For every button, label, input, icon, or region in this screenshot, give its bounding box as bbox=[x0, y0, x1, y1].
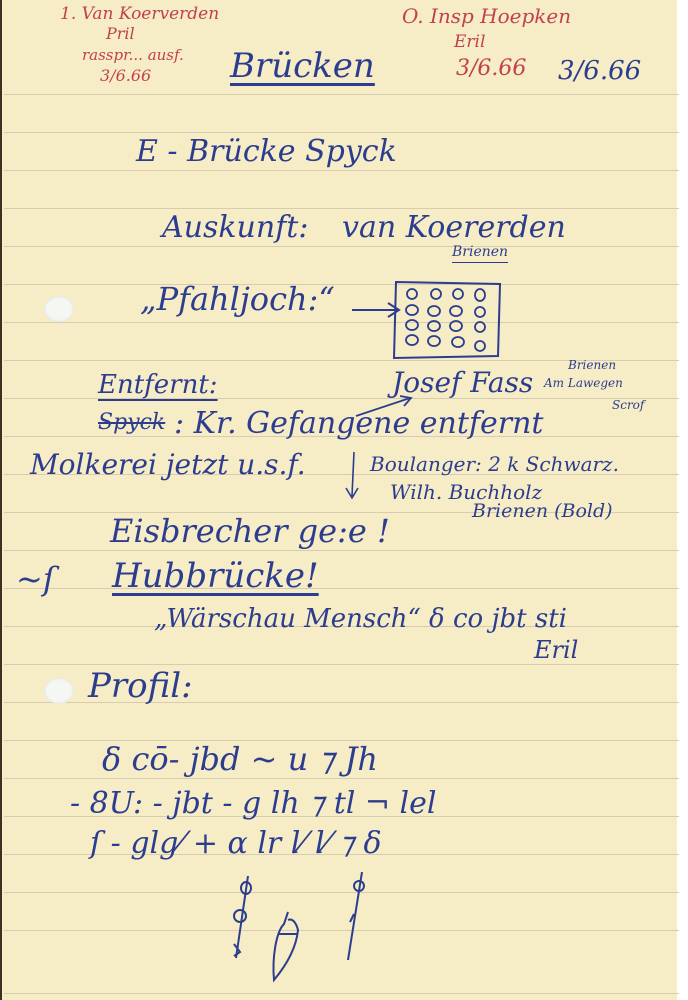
red-note-left-line3: rasspr... ausf. bbox=[82, 46, 184, 64]
paper-sheet: 1. Van Koerverden Pril rasspr... ausf. 3… bbox=[0, 0, 677, 1000]
ruled-line bbox=[4, 284, 679, 285]
red-note-right-date: 3/6.66 bbox=[456, 56, 526, 81]
boulanger-line: Boulanger: 2 k Schwarz. bbox=[370, 452, 619, 476]
eisbrecher-line: Eisbrecher ge:e ! bbox=[110, 512, 390, 550]
josef-note-3: Scrof bbox=[612, 398, 644, 412]
josef-note-1: Brienen bbox=[568, 358, 616, 372]
red-note-left-date: 3/6.66 bbox=[100, 66, 151, 85]
shorthand-line-1: δ cō- jbd ~ u ⁊ Jh bbox=[102, 740, 378, 778]
auskunft-sub: Brienen bbox=[452, 244, 508, 260]
red-note-left-line2: Pril bbox=[106, 24, 135, 43]
ruled-line bbox=[4, 132, 679, 133]
brienen-bold-line: Brienen (Bold) bbox=[472, 500, 613, 522]
struck-word: Spyck bbox=[98, 410, 165, 435]
ruled-line bbox=[4, 170, 679, 171]
red-note-left-line1: 1. Van Koerverden bbox=[60, 4, 219, 24]
ruled-line bbox=[4, 94, 679, 95]
josef-note-2: Am Lawegen bbox=[544, 376, 623, 390]
auskunft-label: Auskunft: bbox=[162, 210, 308, 245]
profil-label: Profil: bbox=[88, 666, 193, 706]
ruled-line bbox=[4, 322, 679, 323]
shorthand-line-2: - 8U: - jbt - g lh ⁊ tl ¬ lel bbox=[70, 786, 437, 821]
eril-note: Eril bbox=[534, 636, 578, 664]
bridge-line: E - Brücke Spyck bbox=[136, 134, 397, 169]
entfernt-label: Entfernt: bbox=[98, 370, 218, 400]
ruled-line bbox=[4, 778, 679, 779]
ruled-line bbox=[4, 246, 679, 247]
punch-hole bbox=[44, 678, 74, 704]
red-note-right-line2: Eril bbox=[454, 32, 485, 52]
punch-hole bbox=[44, 296, 74, 322]
document-date: 3/6.66 bbox=[558, 56, 641, 86]
ruled-line bbox=[4, 664, 679, 665]
pile-grid-diagram bbox=[392, 280, 504, 360]
hubbruecke-prefix: ~ſ bbox=[16, 560, 55, 598]
profile-sketch bbox=[222, 872, 372, 992]
page-title: Brücken bbox=[230, 46, 375, 86]
shorthand-line-3: ſ - glg⁄ + ɑ lr l⁄ l⁄ ⁊ δ bbox=[90, 826, 382, 861]
ruled-line bbox=[4, 588, 679, 589]
red-note-right-line1: O. Insp Hoepken bbox=[402, 4, 571, 28]
gefangene-line: : Kr. Gefangene entfernt bbox=[174, 406, 543, 441]
ruled-line bbox=[4, 993, 679, 994]
pfahljoch-label: „Pfahljoch:“ bbox=[140, 280, 335, 318]
molkerei-line: Molkerei jetzt u.s.f. bbox=[30, 448, 306, 481]
hubbruecke-label: Hubbrücke! bbox=[112, 556, 319, 596]
ruled-line bbox=[4, 208, 679, 209]
auskunft-value: van Koererden bbox=[342, 210, 566, 245]
arrow-down-icon bbox=[342, 452, 362, 500]
waerschau-line: „Wärschau Mensch“ δ co jbt sti bbox=[154, 604, 567, 634]
ruled-line bbox=[4, 550, 679, 551]
